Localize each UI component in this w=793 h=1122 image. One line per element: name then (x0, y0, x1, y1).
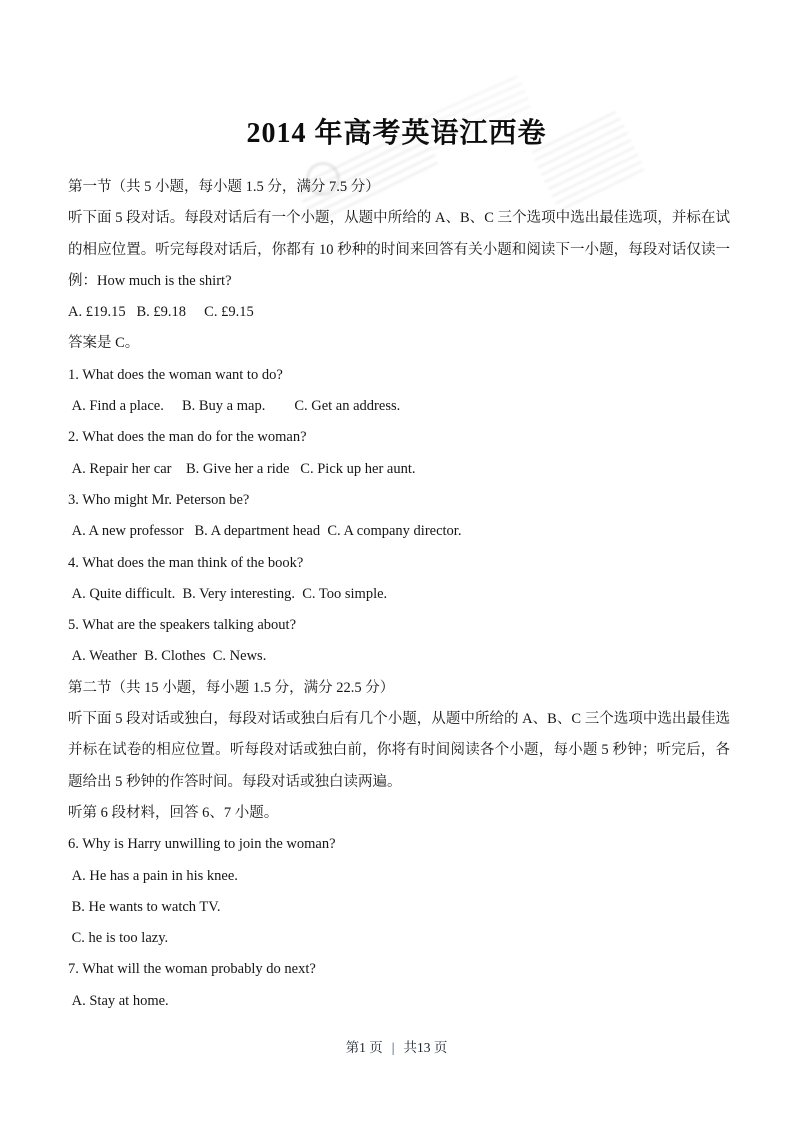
option-6a: A. He has a pain in his knee. (68, 861, 730, 892)
question-4: 4. What does the man think of the book? (68, 548, 730, 579)
document-body: 第一节（共 5 小题，每小题 1.5 分，满分 7.5 分）听下面 5 段对话。… (68, 172, 730, 1017)
current-page-label: 第1 页 (346, 1040, 383, 1055)
options-3: A. A new professor B. A department head … (68, 516, 730, 547)
section2-heading: 第二节（共 15 小题，每小题 1.5 分，满分 22.5 分） (68, 673, 730, 704)
page-title: 2014 年高考英语江西卷 (0, 114, 793, 154)
options-1: A. Find a place. B. Buy a map. C. Get an… (68, 391, 730, 422)
section2-instructions-line1: 听下面 5 段对话或独白，每段对话或独白后有几个小题，从题中所给的 A、B、C … (68, 704, 730, 735)
footer-separator: | (392, 1040, 395, 1055)
option-6b: B. He wants to watch TV. (68, 892, 730, 923)
example-answer: 答案是 C。 (68, 328, 730, 359)
question-1: 1. What does the woman want to do? (68, 360, 730, 391)
section1-heading: 第一节（共 5 小题，每小题 1.5 分，满分 7.5 分） (68, 172, 730, 203)
section2-instructions-line3: 题给出 5 秒钟的作答时间。每段对话或独白读两遍。 (68, 767, 730, 798)
section2-instructions-line2: 并标在试卷的相应位置。听每段对话或独白前，你将有时间阅读各个小题，每小题 5 秒… (68, 735, 730, 766)
question-2: 2. What does the man do for the woman? (68, 422, 730, 453)
example-question: 例：How much is the shirt? (68, 266, 730, 297)
total-pages-label: 共13 页 (403, 1040, 447, 1055)
question-7: 7. What will the woman probably do next? (68, 954, 730, 985)
option-6c: C. he is too lazy. (68, 923, 730, 954)
question-3: 3. Who might Mr. Peterson be? (68, 485, 730, 516)
options-4: A. Quite difficult. B. Very interesting.… (68, 579, 730, 610)
material6-heading: 听第 6 段材料，回答 6、7 小题。 (68, 798, 730, 829)
page-footer: 第1 页|共13 页 (0, 1038, 793, 1058)
option-7a: A. Stay at home. (68, 986, 730, 1017)
options-5: A. Weather B. Clothes C. News. (68, 641, 730, 672)
question-5: 5. What are the speakers talking about? (68, 610, 730, 641)
question-6: 6. Why is Harry unwilling to join the wo… (68, 829, 730, 860)
section1-instructions-line1: 听下面 5 段对话。每段对话后有一个小题，从题中所给的 A、B、C 三个选项中选… (68, 203, 730, 234)
example-options: A. £19.15 B. £9.18 C. £9.15 (68, 297, 730, 328)
document-page: 2014 年高考英语江西卷 第一节（共 5 小题，每小题 1.5 分，满分 7.… (0, 0, 793, 1122)
section1-instructions-line2: 的相应位置。听完每段对话后，你都有 10 秒种的时间来回答有关小题和阅读下一小题… (68, 235, 730, 266)
options-2: A. Repair her car B. Give her a ride C. … (68, 454, 730, 485)
